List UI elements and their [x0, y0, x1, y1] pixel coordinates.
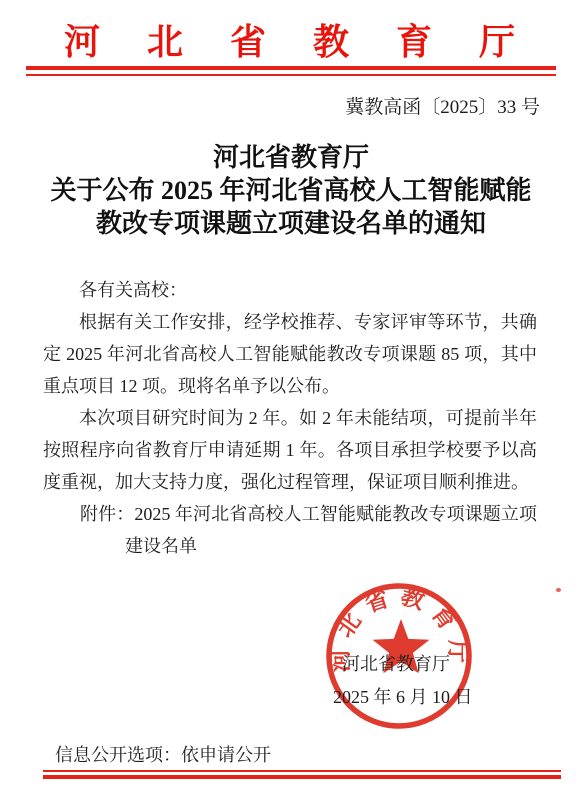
signature-org: 河北省教育厅 — [342, 650, 450, 676]
attachment-note: 附件：2025 年河北省高校人工智能赋能教改专项课题立项建设名单 — [43, 498, 537, 562]
document-body: 各有关高校： 根据有关工作安排，经学校推荐、专家评审等环节，共确定 2025 年… — [43, 274, 537, 562]
document-number: 冀教高函〔2025〕33 号 — [0, 92, 540, 119]
document-title: 河北省教育厅 关于公布 2025 年河北省高校人工智能赋能 教改专项课题立项建设… — [0, 141, 582, 240]
document-title-line-2: 关于公布 2025 年河北省高校人工智能赋能 — [0, 174, 582, 207]
document-title-line-3: 教改专项课题立项建设名单的通知 — [0, 207, 582, 240]
document-title-line-1: 河北省教育厅 — [0, 141, 582, 174]
document-page: 河北省教育厅 冀教高函〔2025〕33 号 河北省教育厅 关于公布 2025 年… — [0, 0, 582, 812]
salutation: 各有关高校： — [43, 274, 537, 306]
signature-date: 2025 年 6 月 10 日 — [333, 683, 473, 709]
letterhead-org-name: 河北省教育厅 — [64, 14, 562, 65]
info-disclosure-option: 信息公开选项：依申请公开 — [55, 741, 271, 767]
paragraph-2: 本次项目研究时间为 2 年。如 2 年未能结项，可提前半年按照程序向省教育厅申请… — [43, 402, 537, 498]
letterhead-double-rule — [26, 66, 556, 76]
paragraph-1: 根据有关工作安排，经学校推荐、专家评审等环节，共确定 2025 年河北省高校人工… — [43, 306, 537, 402]
seal-ink-speck — [556, 588, 561, 592]
footer-double-rule — [43, 770, 561, 779]
